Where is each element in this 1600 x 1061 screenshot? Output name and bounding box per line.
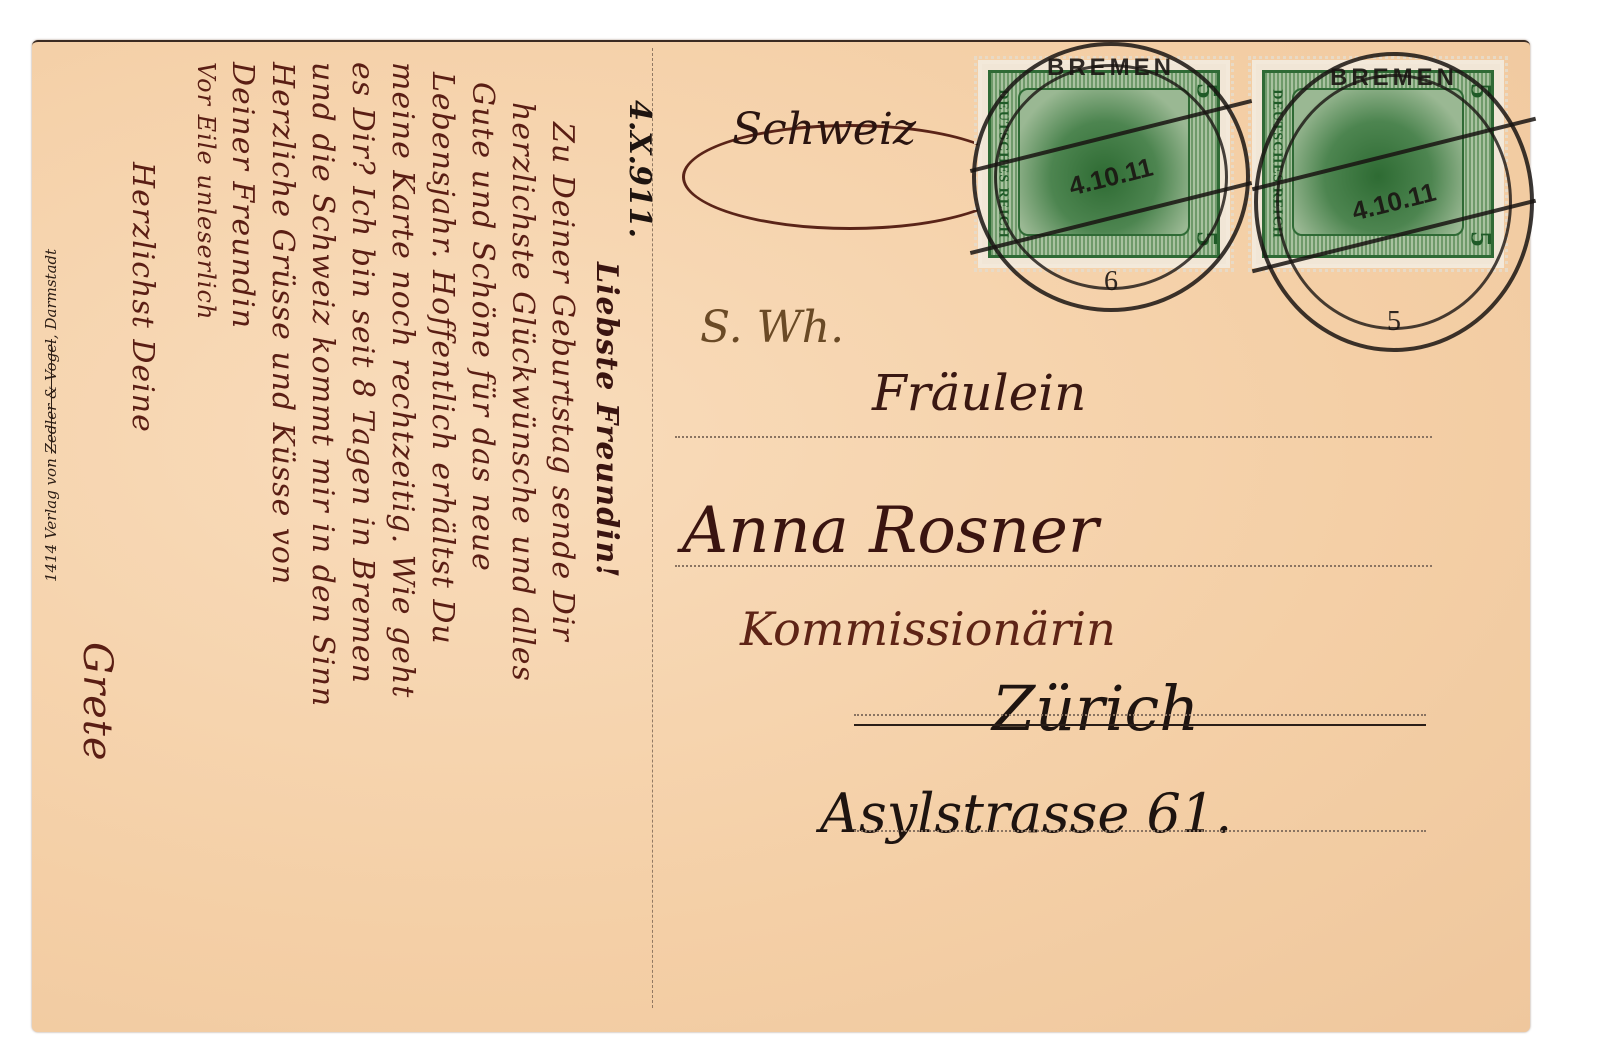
message-line: es Dir? Ich bin seit 8 Tagen in Bremen <box>345 62 380 684</box>
message-line: Vor Eile unleserlich <box>192 62 220 320</box>
imprint-number: 1414 <box>42 544 60 582</box>
message-line: Zu Deiner Geburtstag sende Dir <box>545 122 580 642</box>
address-occupation: Kommissionärin <box>740 602 1116 656</box>
address-street: Asylstrasse 61. <box>820 782 1232 845</box>
postmark-city: BREMEN <box>1258 64 1530 92</box>
imprint-struck-name: Zedler & Vogel <box>42 339 60 453</box>
address-title: Fräulein <box>872 364 1086 422</box>
address-line-4 <box>854 830 1426 832</box>
message-line: Herzliche Grüsse und Küsse von <box>265 62 300 585</box>
message-line: und die Schweiz kommt mir in den Sinn <box>305 62 340 707</box>
imprint-city: Darmstadt <box>42 249 60 330</box>
message-line: meine Karte noch rechtzeitig. Wie geht <box>385 62 420 698</box>
message-line: Deiner Freundin <box>225 62 260 329</box>
message-line: herzlichste Glückwünsche und alles <box>505 102 540 682</box>
address-name: Anna Rosner <box>682 494 1098 568</box>
postmark-city: BREMEN <box>976 54 1246 82</box>
card-divider <box>652 48 653 1008</box>
address-city-underline <box>854 724 1426 726</box>
postmark-bremen: BREMEN 4.10.11 5 <box>1254 52 1534 352</box>
postmark-code: 5 <box>1258 306 1530 338</box>
address-line-3 <box>854 714 1426 716</box>
postcard: 1414 Verlag von Zedler & Vogel, Darmstad… <box>32 40 1530 1032</box>
address-line-1 <box>675 436 1432 438</box>
postmark-bremen: BREMEN 4.10.11 6 <box>972 42 1250 312</box>
postmark-code: 6 <box>976 266 1246 298</box>
address-line-2 <box>675 565 1432 567</box>
address-city: Zürich <box>992 672 1199 745</box>
address-country-note: Schweiz <box>732 104 916 155</box>
message-closing: Herzlichst Deine <box>125 162 160 433</box>
message-line: Gute und Schöne für das neue <box>465 82 500 572</box>
message-salutation: Liebste Freundin! <box>589 262 624 578</box>
address-honorific: S. Wh. <box>700 302 844 353</box>
publisher-imprint: 1414 Verlag von Zedler & Vogel, Darmstad… <box>42 249 60 582</box>
message-signature: Grete <box>74 642 120 762</box>
imprint-prefix: Verlag von <box>42 458 60 539</box>
message-line: Lebensjahr. Hoffentlich erhältst Du <box>425 72 460 645</box>
